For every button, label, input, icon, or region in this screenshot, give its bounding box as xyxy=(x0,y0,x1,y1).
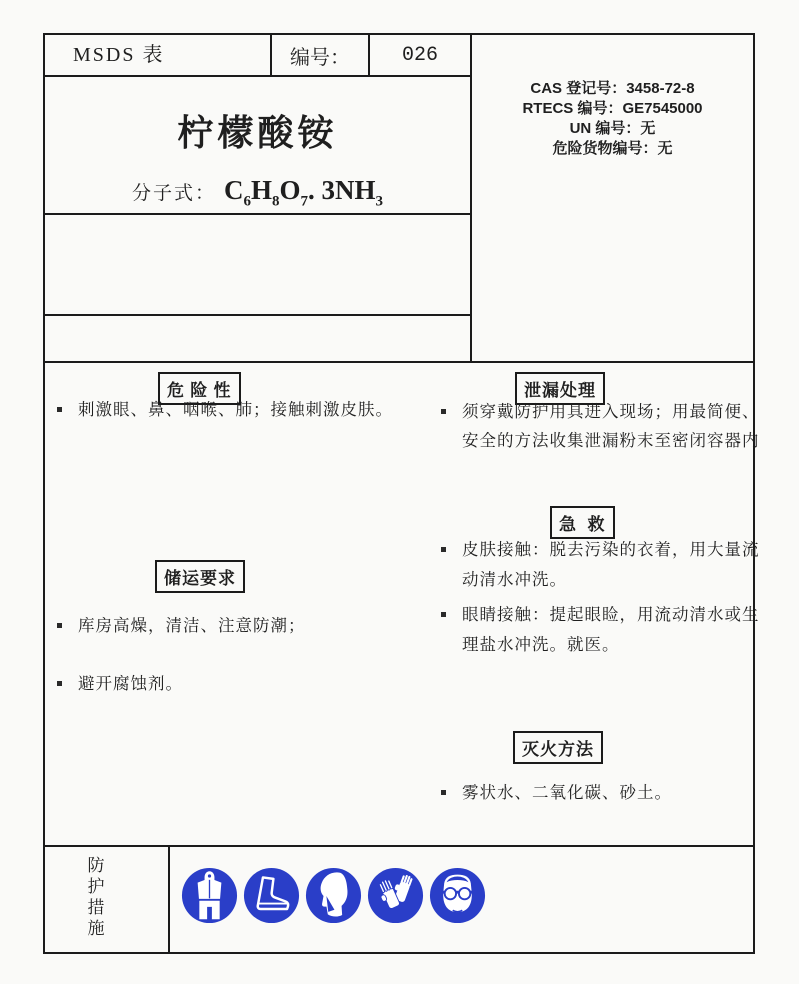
first-aid-item-text: 皮肤接触：脱去污染的衣着，用大量流动清水冲洗。 xyxy=(462,535,760,595)
fire-section-title: 灭火方法 xyxy=(513,731,603,764)
msds-form-label: MSDS 表 xyxy=(73,35,164,75)
doc-number-value: 026 xyxy=(370,35,470,75)
first-aid-item-text: 眼睛接触：提起眼睑，用流动清水或生理盐水冲洗。就医。 xyxy=(462,600,760,660)
storage-item: 避开腐蚀剂。 xyxy=(57,669,428,698)
hazard-item: 刺激眼、鼻、咽喉、肺；接触刺激皮肤。 xyxy=(57,395,428,424)
doc-number-label: 编号： xyxy=(272,35,368,75)
molecular-formula: C6H8O7. 3NH3 xyxy=(224,175,383,210)
leak-item: 须穿戴防护用具进入现场；用最简便、安全的方法收集泄漏粉末至密闭容器内 xyxy=(441,397,760,455)
storage-item-text: 避开腐蚀剂。 xyxy=(78,669,428,698)
protective-gloves-icon xyxy=(367,867,424,924)
msds-table: MSDS 表 编号： 026 CAS 登记号：3458-72-8 RTECS 编… xyxy=(43,33,755,954)
first-aid-item: 眼睛接触：提起眼睑，用流动清水或生理盐水冲洗。就医。 xyxy=(441,600,760,660)
divider-header-content xyxy=(45,361,753,363)
molecular-formula-label: 分子式： xyxy=(132,178,216,205)
protection-measures-label: 防护措施 xyxy=(83,855,109,939)
protective-suit-icon xyxy=(181,867,238,924)
storage-item: 库房高燥，清洁、注意防潮； xyxy=(57,611,428,640)
bullet-icon xyxy=(57,407,62,412)
msds-document-page: { "page": { "colors": { "line": "#1b1b1b… xyxy=(0,0,799,984)
bullet-icon xyxy=(57,681,62,686)
safety-boots-icon xyxy=(243,867,300,924)
first-aid-item: 皮肤接触：脱去污染的衣着，用大量流动清水冲洗。 xyxy=(441,535,760,595)
bullet-icon xyxy=(441,409,446,414)
bullet-icon xyxy=(441,790,446,795)
divider-content-protection xyxy=(45,845,753,847)
divider-title-row xyxy=(45,213,472,215)
bullet-icon xyxy=(57,623,62,628)
storage-section-title: 储运要求 xyxy=(155,560,245,593)
cas-number: CAS 登记号：3458-72-8 xyxy=(472,79,753,99)
divider-top-row xyxy=(45,75,472,77)
bullet-icon xyxy=(441,612,446,617)
un-number: UN 编号：无 xyxy=(472,119,753,139)
storage-item-text: 库房高燥，清洁、注意防潮； xyxy=(78,611,428,640)
chemical-name-title: 柠檬酸铵 xyxy=(45,105,470,156)
ppe-icons-row xyxy=(181,867,486,924)
divider-protection-label-icons xyxy=(168,845,170,952)
dangerous-goods-number: 危险货物编号：无 xyxy=(472,139,753,159)
divider-empty-rows xyxy=(45,314,472,316)
leak-item-text: 须穿戴防护用具进入现场；用最简便、安全的方法收集泄漏粉末至密闭容器内 xyxy=(462,397,760,455)
rtecs-number: RTECS 编号：GE7545000 xyxy=(472,99,753,119)
fire-item-text: 雾状水、二氧化碳、砂土。 xyxy=(462,778,760,807)
safety-goggles-icon xyxy=(429,867,486,924)
head-protection-icon xyxy=(305,867,362,924)
bullet-icon xyxy=(441,547,446,552)
molecular-formula-row: 分子式： C6H8O7. 3NH3 xyxy=(45,175,470,210)
registry-info: CAS 登记号：3458-72-8 RTECS 编号：GE7545000 UN … xyxy=(472,35,753,159)
hazard-item-text: 刺激眼、鼻、咽喉、肺；接触刺激皮肤。 xyxy=(78,395,428,424)
fire-item: 雾状水、二氧化碳、砂土。 xyxy=(441,778,760,807)
